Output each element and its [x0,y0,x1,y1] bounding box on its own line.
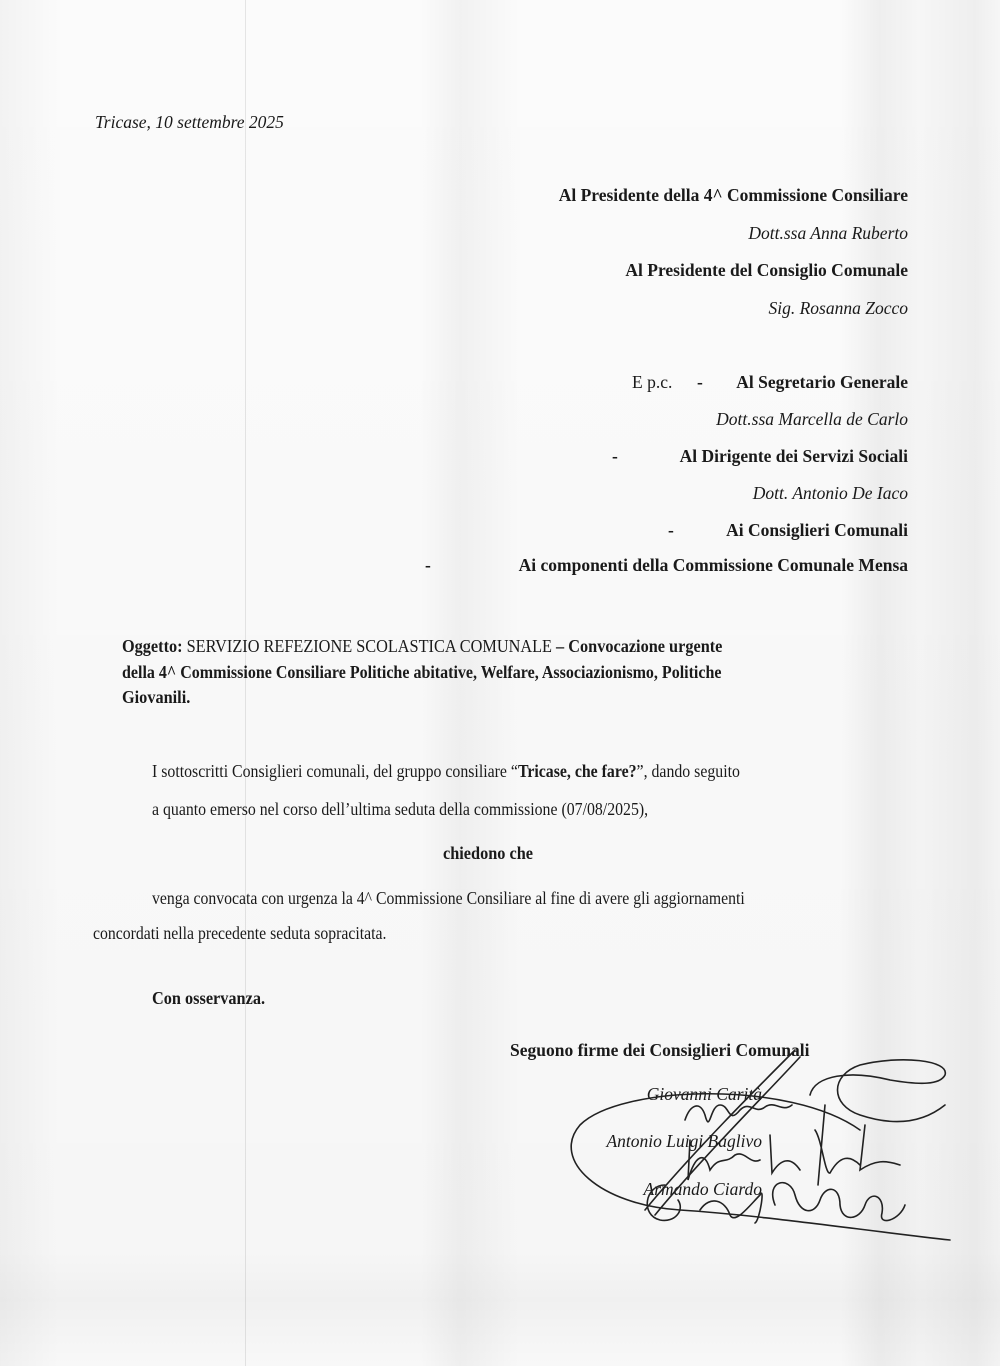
body-text: I sottoscritti Consiglieri comunali, del… [152,761,518,781]
cc-item-2-title: Al Dirigente dei Servizi Sociali [680,448,908,466]
request-heading: chiedono che [443,845,533,863]
cc-item-1-name: Dott.ssa Marcella de Carlo [716,411,908,429]
recipient-2-name: Sig. Rosanna Zocco [768,300,908,318]
recipient-1-title: Al Presidente della 4^ Commissione Consi… [559,187,908,205]
paper-fold-line [245,0,246,1366]
cc-item-3-dash: - [668,522,674,540]
body-paragraph-2-line-2: concordati nella precedente seduta sopra… [93,925,386,943]
subject-title: SERVIZIO REFEZIONE SCOLASTICA COMUNALE [187,636,552,656]
body-paragraph-1-line-2: a quanto emerso nel corso dell’ultima se… [152,801,648,819]
handwritten-signatures [560,1045,980,1245]
subject-line-1: Oggetto: SERVIZIO REFEZIONE SCOLASTICA C… [122,638,722,656]
cc-item-1-dash: - [697,374,703,392]
body-paragraph-2-line-1: venga convocata con urgenza la 4^ Commis… [152,890,745,908]
cc-item-4-title: Ai componenti della Commissione Comunale… [519,557,908,575]
closing: Con osservanza. [152,990,265,1008]
subject-line-2: della 4^ Commissione Consiliare Politich… [122,664,722,682]
body-paragraph-1-line-1: I sottoscritti Consiglieri comunali, del… [152,763,740,781]
place-date: Tricase, 10 settembre 2025 [95,114,284,132]
recipient-2-title: Al Presidente del Consiglio Comunale [625,262,908,280]
recipient-1-name: Dott.ssa Anna Ruberto [748,225,908,243]
subject-title-rest: – Convocazione urgente [552,636,722,656]
cc-item-3-title: Ai Consiglieri Comunali [726,522,908,540]
body-text: ”, dando seguito [637,761,740,781]
cc-item-4-dash: - [425,557,431,575]
group-name: Tricase, che fare? [518,761,637,781]
cc-label: E p.c. [632,374,672,392]
subject-line-3: Giovanili. [122,689,190,707]
subject-label: Oggetto: [122,636,183,656]
cc-item-2-dash: - [612,448,618,466]
cc-item-1-title: Al Segretario Generale [736,374,908,392]
cc-item-2-name: Dott. Antonio De Iaco [753,485,908,503]
